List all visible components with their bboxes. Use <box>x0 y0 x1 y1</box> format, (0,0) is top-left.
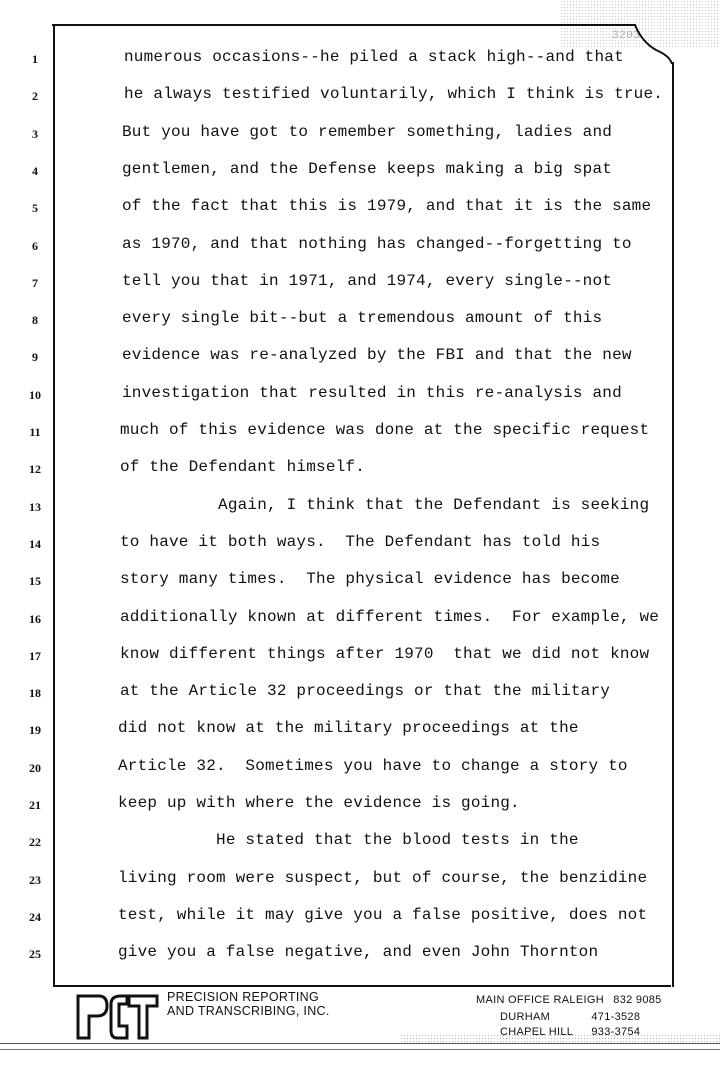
transcript-line: evidence was re-analyzed by the FBI and … <box>122 346 632 364</box>
line-number: 5 <box>22 201 48 216</box>
transcript-line: But you have got to remember something, … <box>122 123 612 141</box>
line-number: 21 <box>22 798 48 813</box>
transcript-line: test, while it may give you a false posi… <box>118 906 647 924</box>
line-number: 15 <box>22 574 48 589</box>
line-number: 1 <box>22 52 48 67</box>
line-number: 17 <box>22 649 48 664</box>
line-number: 4 <box>22 164 48 179</box>
line-number: 18 <box>22 686 48 701</box>
line-number: 6 <box>22 239 48 254</box>
office-durham-phone: 471-3528 <box>591 1011 640 1023</box>
transcript-line: give you a false negative, and even John… <box>118 943 598 961</box>
line-number: 13 <box>22 500 48 515</box>
transcript-line: tell you that in 1971, and 1974, every s… <box>122 272 612 290</box>
footer-rule-secondary <box>0 1049 720 1050</box>
line-number: 20 <box>22 761 48 776</box>
frame-left-border <box>53 24 55 987</box>
line-number: 25 <box>22 947 48 962</box>
transcript-line: story many times. The physical evidence … <box>120 570 620 588</box>
line-number: 24 <box>22 910 48 925</box>
line-number: 12 <box>22 462 48 477</box>
transcript-line: additionally known at different times. F… <box>120 608 659 626</box>
office-durham: DURHAM 471-3528 <box>500 1011 640 1023</box>
transcript-line: every single bit--but a tremendous amoun… <box>122 309 602 327</box>
line-number: 9 <box>22 350 48 365</box>
transcript-line: as 1970, and that nothing has changed--f… <box>122 235 632 253</box>
transcript-line: Article 32. Sometimes you have to change… <box>118 757 628 775</box>
company-name-line2: AND TRANSCRIBING, INC. <box>167 1004 330 1018</box>
frame-bottom-border <box>53 985 671 987</box>
transcript-line: know different things after 1970 that we… <box>120 645 649 663</box>
frame-top-border <box>52 24 636 26</box>
office-main: MAIN OFFICE RALEIGH 832 9085 <box>476 994 662 1006</box>
transcript-line: Again, I think that the Defendant is see… <box>120 496 649 514</box>
frame-right-border <box>672 62 674 987</box>
office-main-phone: 832 9085 <box>613 994 661 1006</box>
office-durham-label: DURHAM <box>500 1011 588 1023</box>
line-number: 11 <box>22 425 48 440</box>
company-name-line1: PRECISION REPORTING <box>167 990 330 1004</box>
transcript-line: of the Defendant himself. <box>120 458 365 476</box>
line-number: 22 <box>22 835 48 850</box>
line-number: 2 <box>22 89 48 104</box>
company-logo-icon <box>75 992 159 1040</box>
line-number: 3 <box>22 127 48 142</box>
line-number: 8 <box>22 313 48 328</box>
line-number: 14 <box>22 537 48 552</box>
line-number: 23 <box>22 873 48 888</box>
transcript-line: at the Article 32 proceedings or that th… <box>120 682 610 700</box>
line-number: 16 <box>22 612 48 627</box>
transcript-line: much of this evidence was done at the sp… <box>120 421 649 439</box>
transcript-line: investigation that resulted in this re-a… <box>122 384 622 402</box>
line-number: 7 <box>22 276 48 291</box>
transcript-line: numerous occasions--he piled a stack hig… <box>124 48 624 66</box>
transcript-line: keep up with where the evidence is going… <box>118 794 520 812</box>
transcript-line: to have it both ways. The Defendant has … <box>120 533 600 551</box>
line-number: 19 <box>22 723 48 738</box>
transcript-line: gentlemen, and the Defense keeps making … <box>122 160 612 178</box>
transcript-line: did not know at the military proceedings… <box>118 719 579 737</box>
transcript-line: he always testified voluntarily, which I… <box>124 85 663 103</box>
office-main-label: MAIN OFFICE RALEIGH <box>476 994 604 1006</box>
footer-rule <box>0 1043 720 1044</box>
transcript-line: He stated that the blood tests in the <box>118 831 579 849</box>
transcript-line: living room were suspect, but of course,… <box>118 869 647 887</box>
line-number: 10 <box>22 388 48 403</box>
frame-corner-curve <box>634 22 674 64</box>
transcript-line: of the fact that this is 1979, and that … <box>122 197 651 215</box>
company-name: PRECISION REPORTING AND TRANSCRIBING, IN… <box>167 990 330 1018</box>
